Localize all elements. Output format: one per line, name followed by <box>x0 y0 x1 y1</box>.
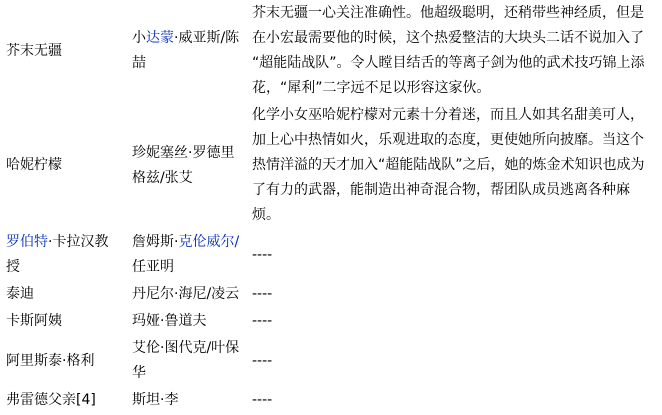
role-cell: 卡斯阿姨 <box>0 308 130 335</box>
table-row: 阿里斯泰·格利艾伦·图代克/叶保华---- <box>0 335 662 387</box>
table-row: 卡斯阿姨玛娅·鲁道夫---- <box>0 308 662 335</box>
table-row: 芥末无疆小达蒙·威亚斯/陈喆芥末无疆一心关注准确性。他超级聪明，还稍带些神经质，… <box>0 0 662 102</box>
role-cell: 哈妮柠檬 <box>0 102 130 229</box>
description-cell: ---- <box>250 387 662 414</box>
wiki-link[interactable]: 克伦威尔/ <box>178 234 239 250</box>
actors-cell-text: 小 <box>132 30 146 46</box>
description-cell: ---- <box>250 229 662 281</box>
reference-marker[interactable]: [4] <box>76 392 96 408</box>
actors-cell-text: 珍妮塞丝·罗德里格兹/张艾 <box>132 145 234 186</box>
role-cell: 泰迪 <box>0 281 130 308</box>
table-row: 泰迪丹尼尔·海尼/凌云---- <box>0 281 662 308</box>
role-cell: 阿里斯泰·格利 <box>0 335 130 387</box>
role-cell: 罗伯特·卡拉汉教授 <box>0 229 130 281</box>
actors-cell: 斯坦·李 <box>130 387 250 414</box>
wiki-link[interactable]: 达蒙 <box>146 30 174 46</box>
cast-table: 芥末无疆小达蒙·威亚斯/陈喆芥末无疆一心关注准确性。他超级聪明，还稍带些神经质，… <box>0 0 662 414</box>
empty-description: ---- <box>252 313 272 329</box>
role-cell-text: 芥末无疆 <box>6 43 62 59</box>
actors-cell: 詹姆斯·克伦威尔/任亚明 <box>130 229 250 281</box>
role-cell: 芥末无疆 <box>0 0 130 102</box>
actors-cell: 艾伦·图代克/叶保华 <box>130 335 250 387</box>
empty-description: ---- <box>252 392 272 408</box>
role-cell-text: 泰迪 <box>6 286 34 302</box>
description-cell-text: 芥末无疆一心关注准确性。他超级聪明，还稍带些神经质，但是在小宏最需要他的时候，这… <box>252 5 645 96</box>
empty-description: ---- <box>252 247 272 263</box>
actors-cell: 小达蒙·威亚斯/陈喆 <box>130 0 250 102</box>
description-cell: ---- <box>250 281 662 308</box>
role-cell-text: 弗雷德父亲 <box>6 392 76 408</box>
description-cell: 芥末无疆一心关注准确性。他超级聪明，还稍带些神经质，但是在小宏最需要他的时候，这… <box>250 0 662 102</box>
actors-cell: 丹尼尔·海尼/凌云 <box>130 281 250 308</box>
table-row: 哈妮柠檬珍妮塞丝·罗德里格兹/张艾化学小女巫哈妮柠檬对元素十分着迷，而且人如其名… <box>0 102 662 229</box>
actors-cell-text: 玛娅·鲁道夫 <box>132 313 206 329</box>
actors-cell-text: 任亚明 <box>132 259 174 275</box>
cast-table-body: 芥末无疆小达蒙·威亚斯/陈喆芥末无疆一心关注准确性。他超级聪明，还稍带些神经质，… <box>0 0 662 414</box>
role-cell-text: 卡斯阿姨 <box>6 313 62 329</box>
wiki-link[interactable]: 罗伯特 <box>6 234 48 250</box>
description-cell: ---- <box>250 335 662 387</box>
role-cell-text: 阿里斯泰·格利 <box>6 353 94 369</box>
description-cell-text: 化学小女巫哈妮柠檬对元素十分着迷，而且人如其名甜美可人，加上心中热情如火，乐观进… <box>252 107 645 223</box>
role-cell: 弗雷德父亲[4] <box>0 387 130 414</box>
table-row: 罗伯特·卡拉汉教授詹姆斯·克伦威尔/任亚明---- <box>0 229 662 281</box>
role-cell-text: 哈妮柠檬 <box>6 157 62 173</box>
empty-description: ---- <box>252 353 272 369</box>
actors-cell-text: 詹姆斯· <box>132 234 178 250</box>
description-cell: ---- <box>250 308 662 335</box>
actors-cell-text: 斯坦·李 <box>132 392 178 408</box>
actors-cell-text: 丹尼尔·海尼/凌云 <box>132 286 239 302</box>
actors-cell: 珍妮塞丝·罗德里格兹/张艾 <box>130 102 250 229</box>
empty-description: ---- <box>252 286 272 302</box>
actors-cell-text: 艾伦·图代克/叶保华 <box>132 340 239 381</box>
table-row: 弗雷德父亲[4]斯坦·李---- <box>0 387 662 414</box>
description-cell: 化学小女巫哈妮柠檬对元素十分着迷，而且人如其名甜美可人，加上心中热情如火，乐观进… <box>250 102 662 229</box>
actors-cell: 玛娅·鲁道夫 <box>130 308 250 335</box>
article-page: { "colors": { "background": "#ffffff", "… <box>0 0 662 415</box>
